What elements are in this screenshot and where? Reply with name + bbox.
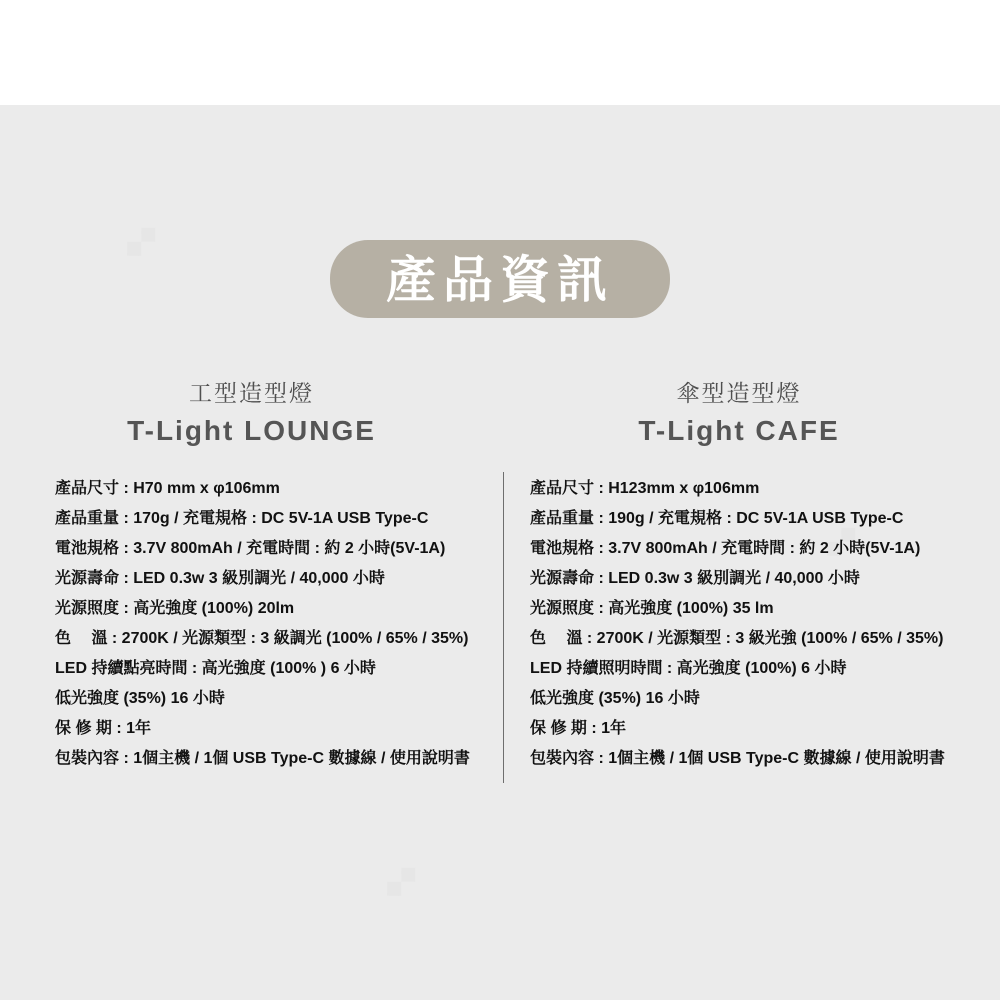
spec-row-illuminance: 光源照度 : 高光強度 (100%) 20lm [55,594,500,624]
spec-row-led-life: 光源壽命 : LED 0.3w 3 級別調光 / 40,000 小時 [55,564,500,594]
spec-row-runtime-high: LED 持續照明時間 : 高光強度 (100%) 6 小時 [530,654,975,684]
spec-row-warranty: 保 修 期 : 1年 [55,714,500,744]
section-title-label: 產品資訊 [386,252,614,308]
spec-row-warranty: 保 修 期 : 1年 [530,714,975,744]
spec-list-lounge: 產品尺寸 : H70 mm x φ106mm 產品重量 : 170g / 充電規… [55,474,500,774]
watermark: ◆◆ [115,215,165,265]
spec-list-cafe: 產品尺寸 : H123mm x φ106mm 產品重量 : 190g / 充電規… [530,474,975,774]
product-info-sheet: ◆◆ ◆◆ ◆◆ 產品資訊 工型造型燈 T-Light LOUNGE 傘型造型燈… [0,0,1000,1000]
spec-row-runtime-low: 低光強度 (35%) 16 小時 [530,684,975,714]
spec-row-battery: 電池規格 : 3.7V 800mAh / 充電時間 : 約 2 小時(5V-1A… [55,534,500,564]
section-title-badge: 產品資訊 [330,240,670,318]
product-header-cafe: 傘型造型燈 T-Light CAFE [504,378,974,447]
product-subtitle-lounge: 工型造型燈 [0,378,503,408]
spec-row-runtime-low: 低光強度 (35%) 16 小時 [55,684,500,714]
spec-row-color-temp: 色 溫 : 2700K / 光源類型 : 3 級調光 (100% / 65% /… [55,624,500,654]
product-header-lounge: 工型造型燈 T-Light LOUNGE [0,378,503,447]
spec-row-weight-charging: 產品重量 : 170g / 充電規格 : DC 5V-1A USB Type-C [55,504,500,534]
spec-row-dimensions: 產品尺寸 : H123mm x φ106mm [530,474,975,504]
spec-row-dimensions: 產品尺寸 : H70 mm x φ106mm [55,474,500,504]
spec-row-illuminance: 光源照度 : 高光強度 (100%) 35 lm [530,594,975,624]
spec-row-color-temp: 色 溫 : 2700K / 光源類型 : 3 級光強 (100% / 65% /… [530,624,975,654]
product-title-lounge: T-Light LOUNGE [0,415,503,447]
spec-row-runtime-high: LED 持續點亮時間 : 高光強度 (100% ) 6 小時 [55,654,500,684]
spec-row-battery: 電池規格 : 3.7V 800mAh / 充電時間 : 約 2 小時(5V-1A… [530,534,975,564]
column-divider [503,472,504,783]
spec-row-led-life: 光源壽命 : LED 0.3w 3 級別調光 / 40,000 小時 [530,564,975,594]
product-title-cafe: T-Light CAFE [504,415,974,447]
spec-row-weight-charging: 產品重量 : 190g / 充電規格 : DC 5V-1A USB Type-C [530,504,975,534]
spec-row-package: 包裝內容 : 1個主機 / 1個 USB Type-C 數據線 / 使用說明書 [530,744,975,774]
watermark: ◆◆ [375,855,425,905]
spec-row-package: 包裝內容 : 1個主機 / 1個 USB Type-C 數據線 / 使用說明書 [55,744,500,774]
product-subtitle-cafe: 傘型造型燈 [504,378,974,408]
